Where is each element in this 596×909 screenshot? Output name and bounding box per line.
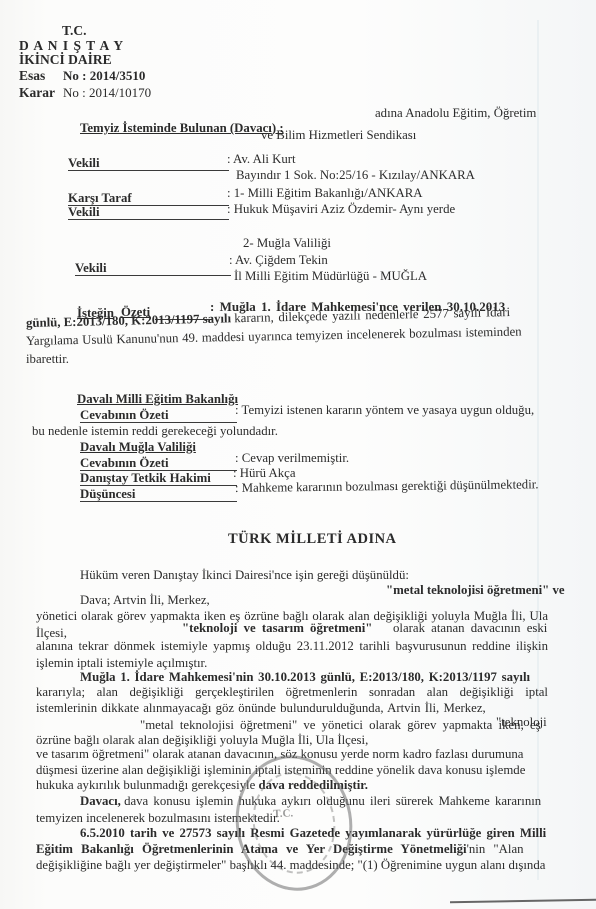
counsel1-label: Vekili	[68, 157, 100, 170]
stamp-mark: T.C.	[273, 807, 293, 820]
stamp-inner-ring	[245, 766, 343, 881]
karar-no-text: No : 2014/10170	[63, 85, 151, 100]
p1-metal-teacher: "metal teknolojisi öğretmeni" ve	[386, 584, 565, 597]
underline	[68, 170, 229, 171]
p3-plaintiff: Davacı,	[80, 794, 121, 808]
appellant-label: Temyiz İsteminde Bulunan (Davacı) :	[80, 122, 284, 135]
governorship-summary: : Cevap verilmemiştir.	[235, 452, 349, 465]
underline	[75, 275, 231, 276]
counsel1-name: : Av. Ali Kurt	[227, 153, 296, 166]
p1-line5: "teknoloji ve tasarım öğretmeni"	[182, 622, 372, 635]
counsel3-address: İl Milli Eğitim Müdürlüğü - MUĞLA	[234, 270, 427, 283]
p2-line5a: özrüne bağlı olarak alan değişikliği yol…	[36, 734, 368, 747]
p1-case: Dava; Artvin İli, Merkez,	[80, 594, 210, 607]
p1-tech-design: "teknoloji ve tasarım öğretmeni"	[182, 621, 372, 635]
institution-name: D A N I Ş T A Y	[19, 39, 124, 53]
p1-line7: işlemin iptali istemiyle açılmıştır.	[36, 657, 207, 670]
esas-label: Esas	[19, 69, 45, 83]
p2-line1: Muğla 1. İdare Mahkemesi'nin 30.10.2013 …	[80, 671, 530, 684]
ministry-summary-line2: bu nedenle istemin reddi gerekeceği yolu…	[32, 425, 278, 438]
karar-label: Karar	[19, 86, 55, 100]
p1-line5-rest: olarak atanan davacının eski	[393, 622, 547, 635]
p1-line6: alanına tekrar dönmek istemiyle yapmış o…	[36, 640, 548, 653]
counsel3-name: : Av. Çiğdem Tekin	[229, 254, 328, 267]
judge-label: Danıştay Tetkik Hakimi	[80, 472, 211, 485]
appellant-line2: ve Bilim Hizmetleri Sendikası	[261, 129, 416, 142]
document-page: T.C. D A N I Ş T A Y İKİNCİ DAİRE Esas N…	[0, 0, 596, 909]
p2-line5b: "teknoloji	[496, 716, 547, 729]
scan-edge-line	[450, 899, 596, 904]
request-line4: ibarettir.	[26, 353, 69, 366]
decision-title: TÜRK MİLLETİ ADINA	[228, 532, 397, 547]
counsel2-label: Vekili	[68, 206, 100, 219]
ministry-summary-label: Cevabının Özeti	[80, 409, 169, 422]
p2-line2: kararıyla; alan değişikliği gerçekleştir…	[36, 686, 548, 699]
decision-intro: Hüküm veren Danıştay İkinci Dairesi'nce …	[80, 569, 409, 582]
opinion-label: Düşüncesi	[80, 488, 135, 501]
chamber-name: İKİNCİ DAİRE	[19, 53, 112, 67]
p2-line3: istemlerinin dikkate alınmayacağı göz ön…	[36, 702, 486, 715]
scan-fold-line	[537, 20, 539, 880]
p1-ilcesi: İlçesi,	[36, 627, 67, 640]
tc-heading: T.C.	[62, 24, 87, 38]
p4-line2-rest: 'nin "Alan	[467, 842, 524, 856]
counsel2-name: : Hukuk Müşaviri Aziz Özdemir- Aynı yerd…	[227, 203, 455, 216]
underline	[80, 485, 237, 486]
opposing2: 2- Muğla Valiliği	[243, 237, 331, 250]
opposing1: : 1- Milli Eğitim Bakanlığı/ANKARA	[227, 187, 423, 200]
underline	[80, 422, 237, 423]
p2-line4: "metal teknolojisi öğretmeni" ve yönetic…	[140, 719, 541, 732]
ministry-label: Davalı Milli Eğitim Bakanlığı	[77, 393, 238, 406]
judge-name: : Hürü Akça	[233, 467, 296, 480]
underline	[68, 219, 229, 220]
esas-no-text: No : 2014/3510	[63, 68, 145, 83]
counsel3-label: Vekili	[75, 262, 107, 275]
request-line3: Yargılama Usulü Kanunu'nun 49. maddesi u…	[26, 325, 522, 347]
counsel1-address: Bayındır 1 Sok. No:25/16 - Kızılay/ANKAR…	[236, 169, 475, 182]
underline	[80, 501, 237, 502]
p2-line8-reason: hukuka aykırılık bulunmadığı gerekçesiyl…	[36, 778, 255, 792]
opposing-label: Karşı Taraf	[68, 192, 132, 205]
karar-number: No : 2014/10170	[63, 86, 151, 99]
ministry-summary-line1: : Temyizi istenen kararın yöntem ve yasa…	[235, 404, 534, 417]
esas-number: No : 2014/3510	[63, 69, 145, 82]
governorship-summary-label: Cevabının Özeti	[80, 457, 169, 470]
appellant-line1: adına Anadolu Eğitim, Öğretim	[375, 107, 536, 120]
governorship-label: Davalı Muğla Valiliği	[80, 441, 196, 454]
opinion-text: : Mahkeme kararının bozulması gerektiği …	[235, 478, 539, 495]
request-line2-bold: günlü, E:2013/180, K:2013/1197 sayılı	[26, 311, 231, 330]
